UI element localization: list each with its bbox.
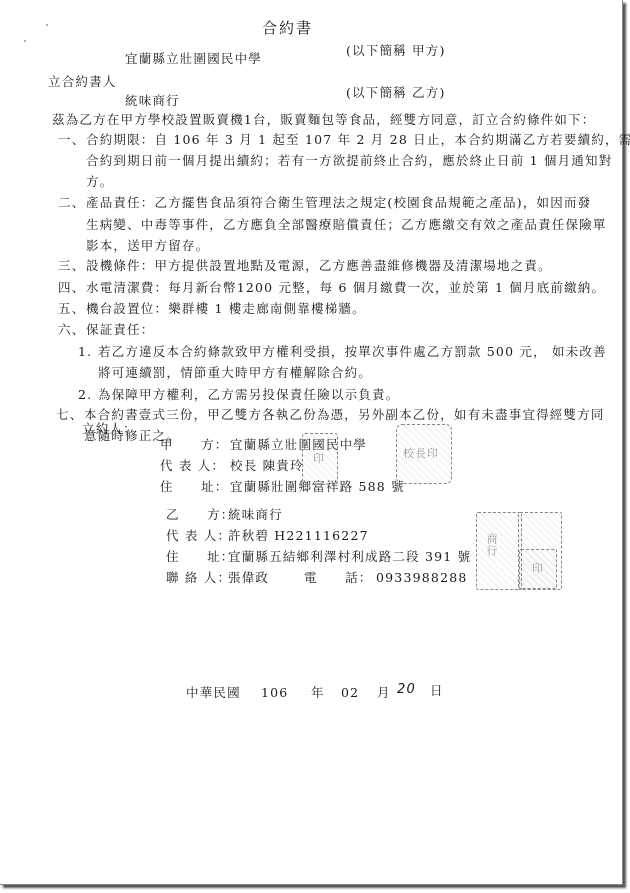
- party-a-label: 甲 方：: [160, 437, 229, 453]
- clause-2-line-1: 產品責任：乙方擺售食品須符合衛生管理法之規定(校園食品規範之產品)，如因而發: [86, 195, 591, 211]
- party-b-address-value: 宜蘭縣五結鄉利澤村利成路二段 391 號: [228, 549, 471, 565]
- clause-3-text: 設機條件：甲方提供設置地點及電源，乙方應善盡維修機器及清潔場地之責。: [86, 258, 552, 274]
- clause-1-number: 一、: [58, 132, 85, 148]
- clause-2-line-2: 生病變、中毒等事件，乙方應負全部醫療賠償責任；乙方應繳交有效之產品責任保險單: [86, 217, 607, 233]
- clause-2-line-3: 影本，送甲方留存。: [86, 238, 209, 254]
- party-a-rep-label: 代 表 人：: [160, 458, 225, 474]
- clause-1-line-2: 合約到期日前一個月提出續約；若有一方欲提前終止合約，應於終止日前 1 個月通知對: [86, 153, 612, 169]
- clause-5-text: 機台設置位：樂群樓 1 樓走廊南側靠樓梯牆。: [86, 301, 366, 317]
- date-month-unit: 月: [377, 685, 391, 701]
- scan-speck: [46, 24, 48, 26]
- clause-6-sub-2-text: 為保障甲方權利，乙方需另投保責任險以示負責。: [98, 387, 399, 403]
- intro-paragraph: 茲為乙方在甲方學校設置販賣機1台，販賣麵包等食品，經雙方同意，訂立合約條件如下：: [52, 112, 595, 128]
- signatory-label: 立合約書人: [48, 74, 117, 90]
- party-a-alias: (以下簡稱 甲方): [346, 43, 446, 59]
- party-a-address-label: 住 址：: [160, 479, 229, 495]
- party-b-contact-label: 聯 絡 人：: [166, 570, 231, 586]
- document-title: 合約書: [262, 20, 313, 36]
- clause-1-line-3: 方。: [86, 174, 113, 190]
- party-b-address-label: 住 址：: [166, 549, 235, 565]
- clause-1-line-1: 合約期限：自 106 年 3 月 1 起至 107 年 2 月 28 日止，本合…: [86, 132, 630, 148]
- party-b-seal-large: 商行: [476, 512, 522, 590]
- clause-5-number: 五、: [58, 301, 85, 317]
- party-a-value: 宜蘭縣立壯圍國民中學: [230, 437, 367, 453]
- party-b-label: 乙 方：: [166, 507, 235, 523]
- party-b-phone-label: 電 話：: [304, 570, 373, 586]
- party-a-seal-small: 印: [302, 433, 338, 485]
- clause-7-number: 七、: [56, 407, 83, 423]
- contract-page: 合約書 (以下簡稱 甲方) 宜蘭縣立壯圍國民中學 立合約書人 (以下簡稱 乙方)…: [0, 0, 623, 885]
- clause-6-number: 六、: [58, 322, 85, 338]
- date-year: 106: [261, 685, 288, 701]
- date-month: 02: [341, 685, 359, 701]
- party-a-name: 宜蘭縣立壯圍國民中學: [125, 51, 262, 67]
- scan-speck: [24, 40, 26, 42]
- party-b-value: 統味商行: [228, 507, 283, 523]
- date-era: 中華民國: [186, 685, 241, 701]
- party-b-rep-value: 許秋碧 H221116227: [228, 528, 369, 544]
- clause-6-sub-2-number: 2.: [78, 387, 92, 403]
- party-b-seal-small: 印: [519, 549, 557, 589]
- party-a-rep-value: 校長 陳貴玲: [230, 458, 304, 474]
- date-day-unit: 日: [430, 683, 444, 699]
- date-year-unit: 年: [311, 685, 325, 701]
- party-b-contact-value: 張偉政: [228, 570, 269, 586]
- party-b-phone-value: 0933988288: [376, 570, 468, 586]
- clause-3-number: 三、: [58, 258, 85, 274]
- clause-6-sub-1-line-2: 將可連續罰，情節重大時甲方有權解除合約。: [98, 365, 372, 381]
- clause-7-line-1: 本合約書壹式三份，甲乙雙方各執乙份為憑，另外副本乙份，如有未盡事宜得經雙方同: [84, 407, 605, 423]
- party-b-name: 統味商行: [125, 93, 180, 109]
- party-b-rep-label: 代 表 人：: [166, 528, 231, 544]
- clause-6-sub-1-number: 1.: [78, 344, 92, 360]
- clause-2-number: 二、: [58, 195, 85, 211]
- clause-4-number: 四、: [58, 280, 85, 296]
- clause-6-heading: 保証責任：: [86, 322, 155, 338]
- clause-6-sub-1-line-1: 若乙方違反本合約條款致甲方權利受損，按單次事件處乙方罰款 500 元， 如未改善: [98, 344, 607, 360]
- party-a-seal-large: 校長印: [396, 424, 452, 484]
- signers-label: 立約人：: [82, 421, 137, 437]
- clause-4-text: 水電清潔費：每月新台幣1200 元整，每 6 個月繳費一次，並於第 1 個月底前…: [86, 280, 605, 296]
- date-day-handwritten: 20: [397, 682, 416, 698]
- party-b-alias: (以下簡稱 乙方): [346, 85, 446, 101]
